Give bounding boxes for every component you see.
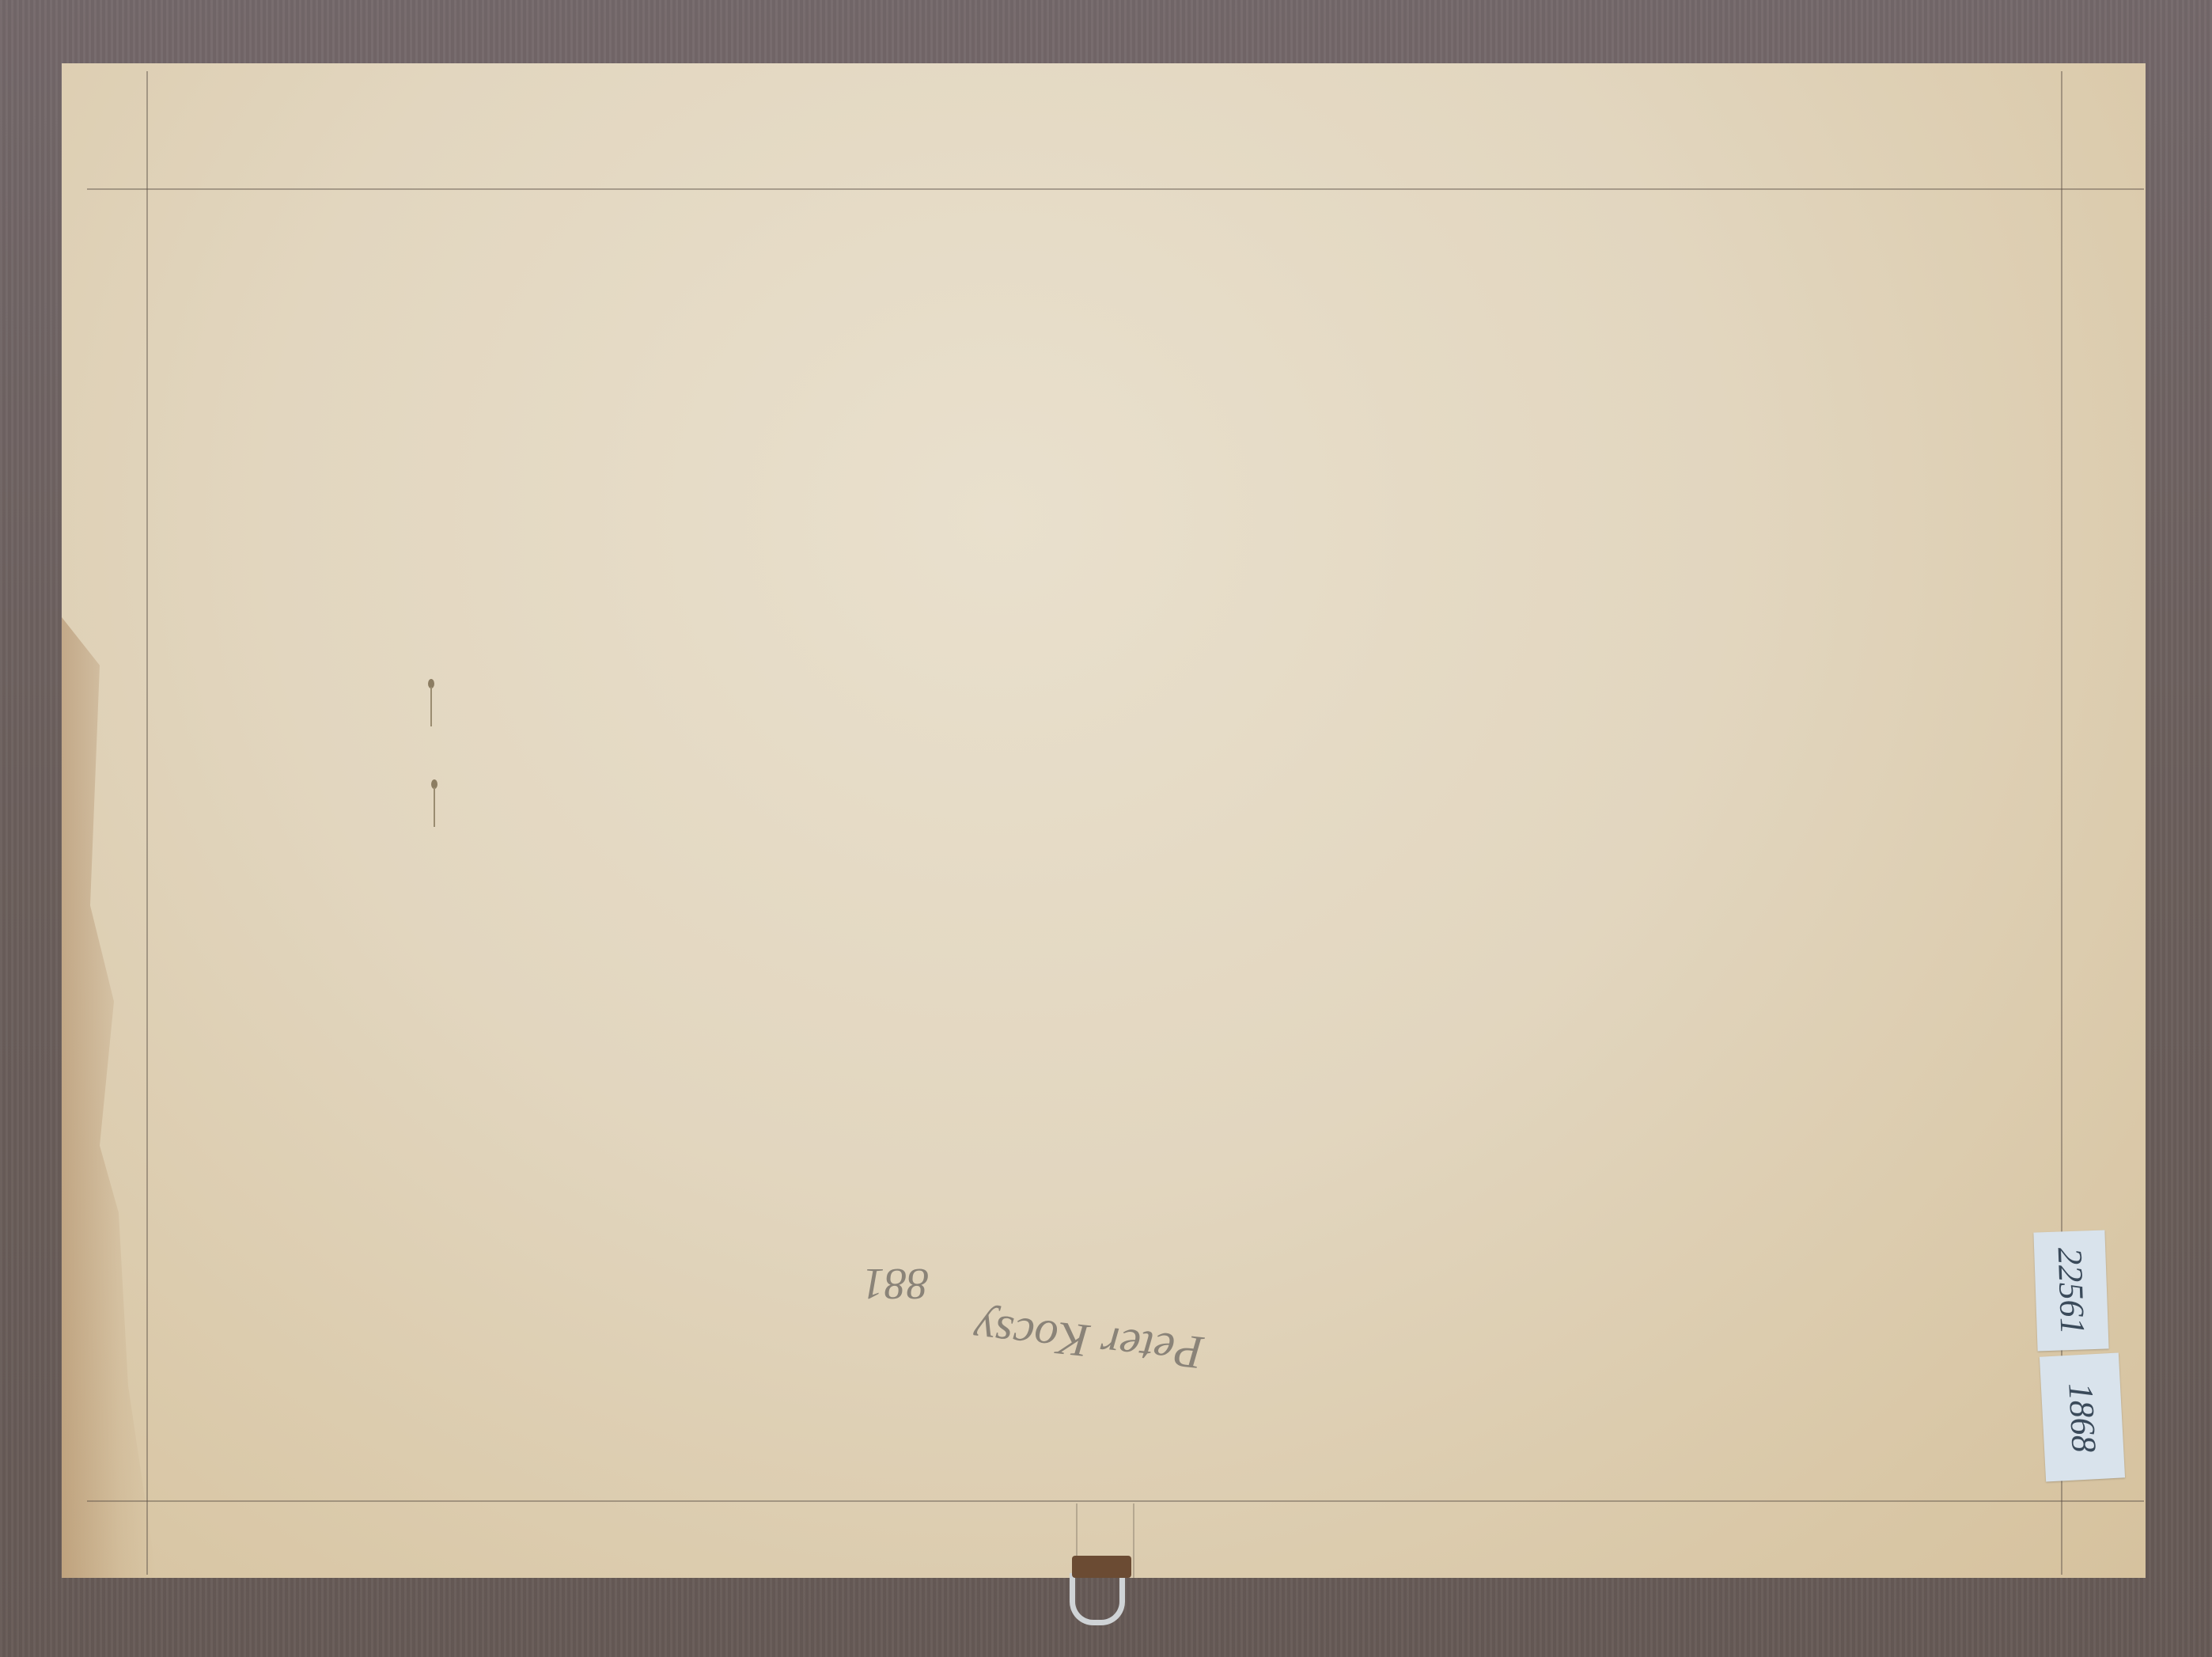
inventory-label: 22561: [2033, 1230, 2108, 1351]
d-ring-hanger-icon: [1070, 1573, 1125, 1625]
label-text: 22561: [2050, 1246, 2093, 1335]
pencil-guide-top: [87, 188, 2144, 190]
pencil-guide-left: [146, 71, 148, 1575]
drip-mark: [428, 679, 434, 726]
hanger-cord: [1072, 1556, 1131, 1578]
drip-mark: [431, 779, 437, 827]
inventory-label: 1868: [2040, 1352, 2125, 1481]
label-text: 1868: [2060, 1382, 2104, 1454]
pencil-number: 881: [862, 1258, 929, 1309]
pencil-guide-bottom: [87, 1500, 2144, 1502]
